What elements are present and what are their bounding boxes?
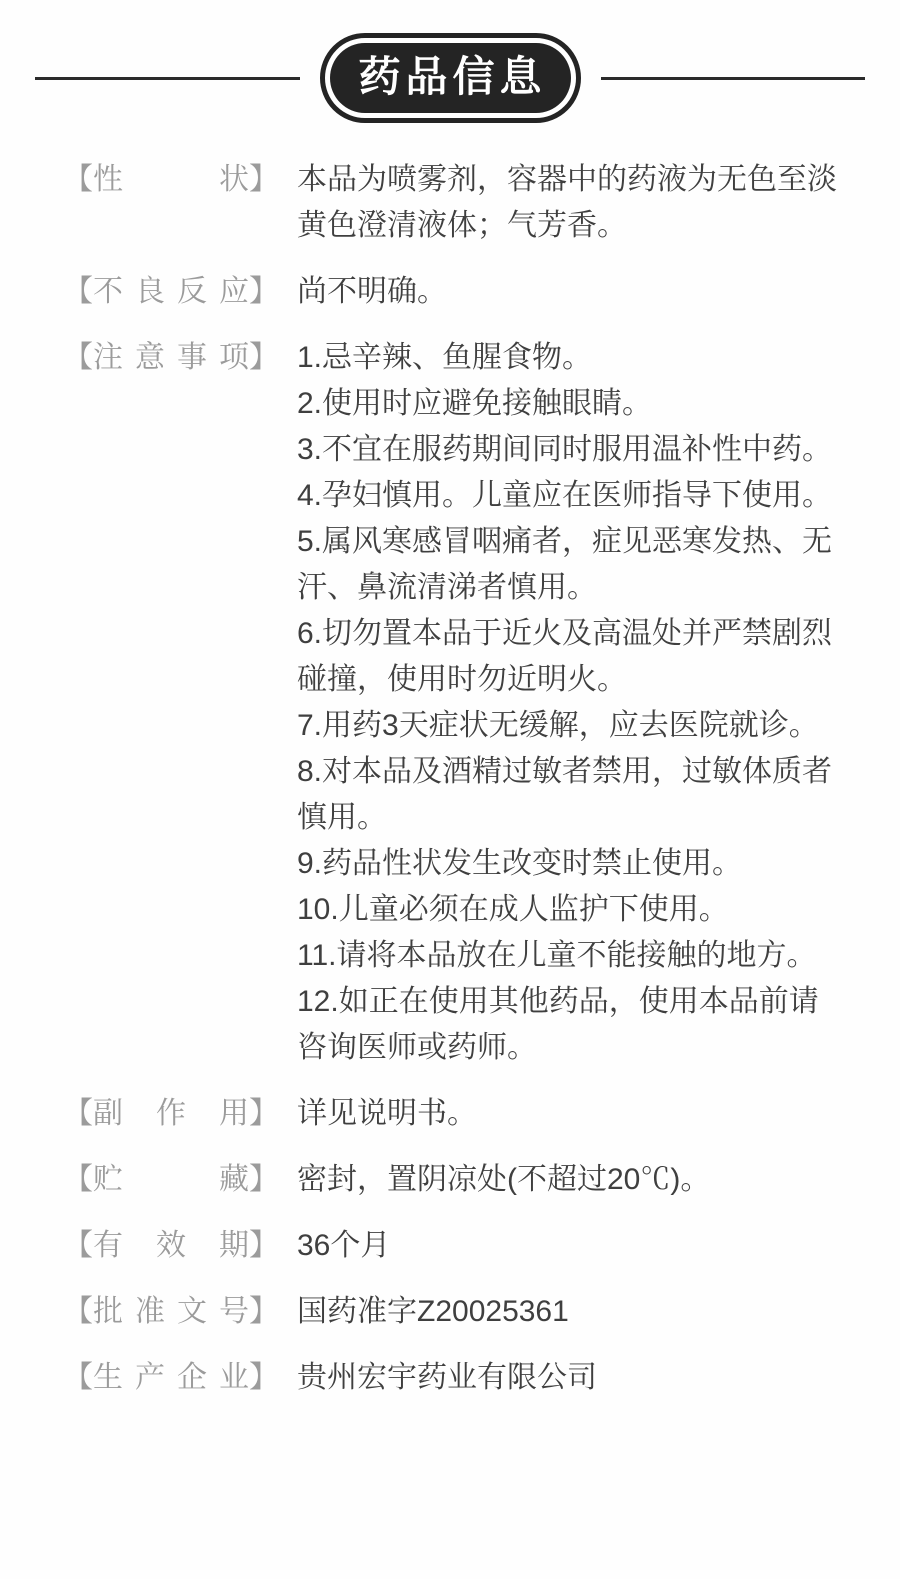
field-value: 36个月 <box>297 1223 843 1269</box>
field-value: 1.忌辛辣、鱼腥食物。 2.使用时应避免接触眼睛。 3.不宜在服药期间同时服用温… <box>297 335 843 1071</box>
precaution-item: 12.如正在使用其他药品，使用本品前请咨询医师或药师。 <box>297 979 843 1071</box>
precaution-item: 10.儿童必须在成人监护下使用。 <box>297 887 843 933</box>
bracket-open: 【 <box>63 1157 93 1203</box>
field-row-side-effects: 【 副作用 】 详见说明书。 <box>63 1091 843 1137</box>
field-row-storage: 【 贮藏 】 密封，置阴凉处(不超过20℃)。 <box>63 1157 843 1203</box>
field-label: 【 批准文号 】 <box>63 1289 279 1335</box>
bracket-open: 【 <box>63 1091 93 1137</box>
field-row-adverse-reactions: 【 不良反应 】 尚不明确。 <box>63 269 843 315</box>
bracket-open: 【 <box>63 1289 93 1335</box>
drug-info-badge: 药品信息 <box>320 33 581 123</box>
field-value: 尚不明确。 <box>297 269 843 315</box>
field-label-text: 贮藏 <box>93 1157 249 1203</box>
field-label-text: 副作用 <box>93 1091 249 1137</box>
precaution-item: 3.不宜在服药期间同时服用温补性中药。 <box>297 427 843 473</box>
precaution-item: 4.孕妇慎用。儿童应在医师指导下使用。 <box>297 473 843 519</box>
field-label-text: 有效期 <box>93 1223 249 1269</box>
field-label: 【 性状 】 <box>63 157 279 203</box>
field-label-text: 批准文号 <box>93 1289 249 1335</box>
field-label: 【 有效期 】 <box>63 1223 279 1269</box>
precaution-item: 5.属风寒感冒咽痛者，症见恶寒发热、无汗、鼻流清涕者慎用。 <box>297 519 843 611</box>
field-row-manufacturer: 【 生产企业 】 贵州宏宇药业有限公司 <box>63 1355 843 1401</box>
precaution-item: 7.用药3天症状无缓解，应去医院就诊。 <box>297 703 843 749</box>
field-label: 【 副作用 】 <box>63 1091 279 1137</box>
bracket-close: 】 <box>249 269 279 315</box>
header-divider-right <box>601 77 866 80</box>
bracket-close: 】 <box>249 157 279 203</box>
field-row-character: 【 性状 】 本品为喷雾剂，容器中的药液为无色至淡黄色澄清液体；气芳香。 <box>63 157 843 249</box>
header-divider-left <box>35 77 300 80</box>
precaution-item: 6.切勿置本品于近火及高温处并严禁剧烈碰撞，使用时勿近明火。 <box>297 611 843 703</box>
field-label: 【 贮藏 】 <box>63 1157 279 1203</box>
field-row-precautions: 【 注意事项 】 1.忌辛辣、鱼腥食物。 2.使用时应避免接触眼睛。 3.不宜在… <box>63 335 843 1071</box>
bracket-close: 】 <box>249 1355 279 1401</box>
section-header: 药品信息 <box>0 0 900 123</box>
bracket-open: 【 <box>63 1355 93 1401</box>
bracket-open: 【 <box>63 335 93 381</box>
field-value: 密封，置阴凉处(不超过20℃)。 <box>297 1157 843 1203</box>
field-label: 【 生产企业 】 <box>63 1355 279 1401</box>
field-value: 贵州宏宇药业有限公司 <box>297 1355 843 1401</box>
bracket-open: 【 <box>63 157 93 203</box>
field-label: 【 不良反应 】 <box>63 269 279 315</box>
bracket-close: 】 <box>249 1091 279 1137</box>
field-row-shelf-life: 【 有效期 】 36个月 <box>63 1223 843 1269</box>
field-label-text: 注意事项 <box>93 335 249 381</box>
bracket-close: 】 <box>249 1223 279 1269</box>
bracket-close: 】 <box>249 1157 279 1203</box>
field-label-text: 性状 <box>93 157 249 203</box>
precaution-item: 11.请将本品放在儿童不能接触的地方。 <box>297 933 843 979</box>
field-label-text: 生产企业 <box>93 1355 249 1401</box>
field-label-text: 不良反应 <box>93 269 249 315</box>
precaution-item: 2.使用时应避免接触眼睛。 <box>297 381 843 427</box>
precaution-item: 9.药品性状发生改变时禁止使用。 <box>297 841 843 887</box>
page-title: 药品信息 <box>330 43 571 113</box>
field-row-approval-number: 【 批准文号 】 国药准字Z20025361 <box>63 1289 843 1335</box>
field-value: 详见说明书。 <box>297 1091 843 1137</box>
field-value: 国药准字Z20025361 <box>297 1289 843 1335</box>
drug-info-list: 【 性状 】 本品为喷雾剂，容器中的药液为无色至淡黄色澄清液体；气芳香。 【 不… <box>0 123 900 1401</box>
bracket-open: 【 <box>63 1223 93 1269</box>
field-value: 本品为喷雾剂，容器中的药液为无色至淡黄色澄清液体；气芳香。 <box>297 157 843 249</box>
bracket-open: 【 <box>63 269 93 315</box>
bracket-close: 】 <box>249 335 279 381</box>
field-label: 【 注意事项 】 <box>63 335 279 381</box>
precaution-item: 1.忌辛辣、鱼腥食物。 <box>297 335 843 381</box>
bracket-close: 】 <box>249 1289 279 1335</box>
precaution-item: 8.对本品及酒精过敏者禁用，过敏体质者慎用。 <box>297 749 843 841</box>
